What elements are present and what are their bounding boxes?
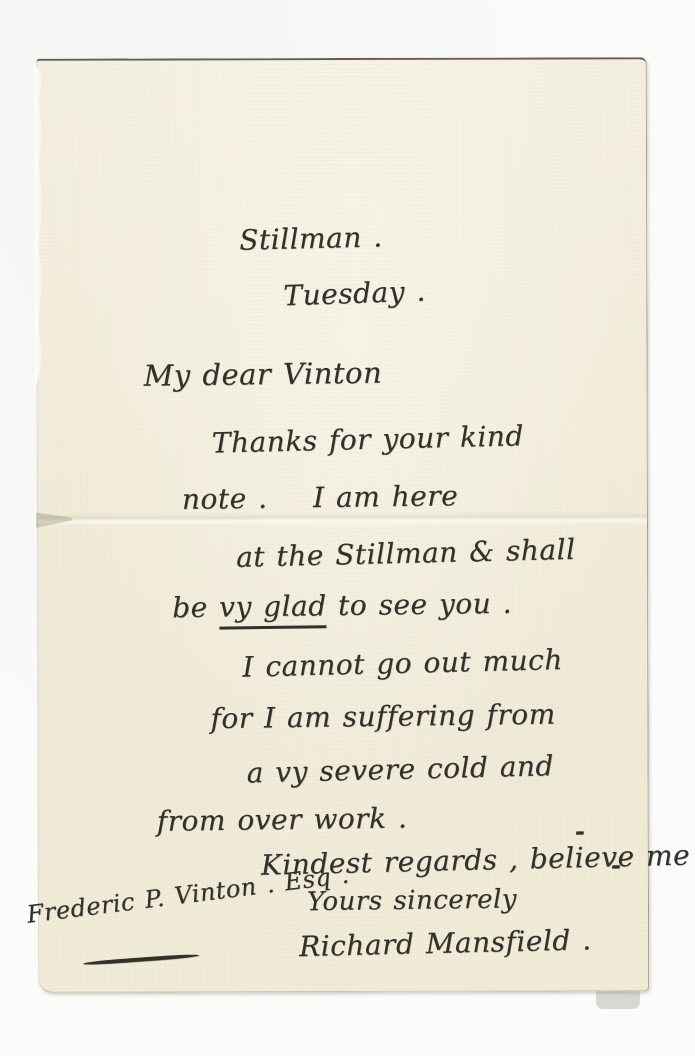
body-line-1: Thanks for your kind	[211, 422, 524, 457]
pen-dash-1: -	[575, 819, 586, 843]
letter-photo: Stillman . Tuesday . My dear Vinton Than…	[0, 0, 695, 1056]
body-line-3: at the Stillman & shall	[236, 536, 576, 572]
body-line-4-pre: be	[172, 591, 219, 625]
body-line-8: from over work .	[157, 805, 408, 836]
paper-deckle-edge	[34, 63, 44, 393]
body-line-7: a vy severe cold and	[246, 752, 554, 787]
salutation-line: My dear Vinton	[143, 359, 382, 391]
body-line-4: be vy glad to see you .	[172, 590, 512, 622]
underlined-phrase: vy glad	[219, 589, 327, 629]
letter-paper: Stillman . Tuesday . My dear Vinton Than…	[37, 57, 649, 993]
heading-place: Stillman .	[239, 223, 383, 254]
body-line-2: note . I am here	[182, 482, 459, 514]
docket-line: Frederic P. Vinton . Esq .	[26, 863, 351, 927]
closing-valediction: Yours sincerely	[307, 886, 517, 915]
heading-day: Tuesday .	[283, 278, 426, 311]
body-line-6: for I am suffering from	[210, 701, 556, 734]
pen-dash-2: -	[611, 853, 622, 877]
signature-line: Richard Mansfield .	[299, 926, 592, 961]
docket-underline-flourish	[83, 953, 199, 965]
body-line-5: I cannot go out much	[242, 646, 563, 682]
body-line-4-post: to see you .	[326, 587, 512, 622]
